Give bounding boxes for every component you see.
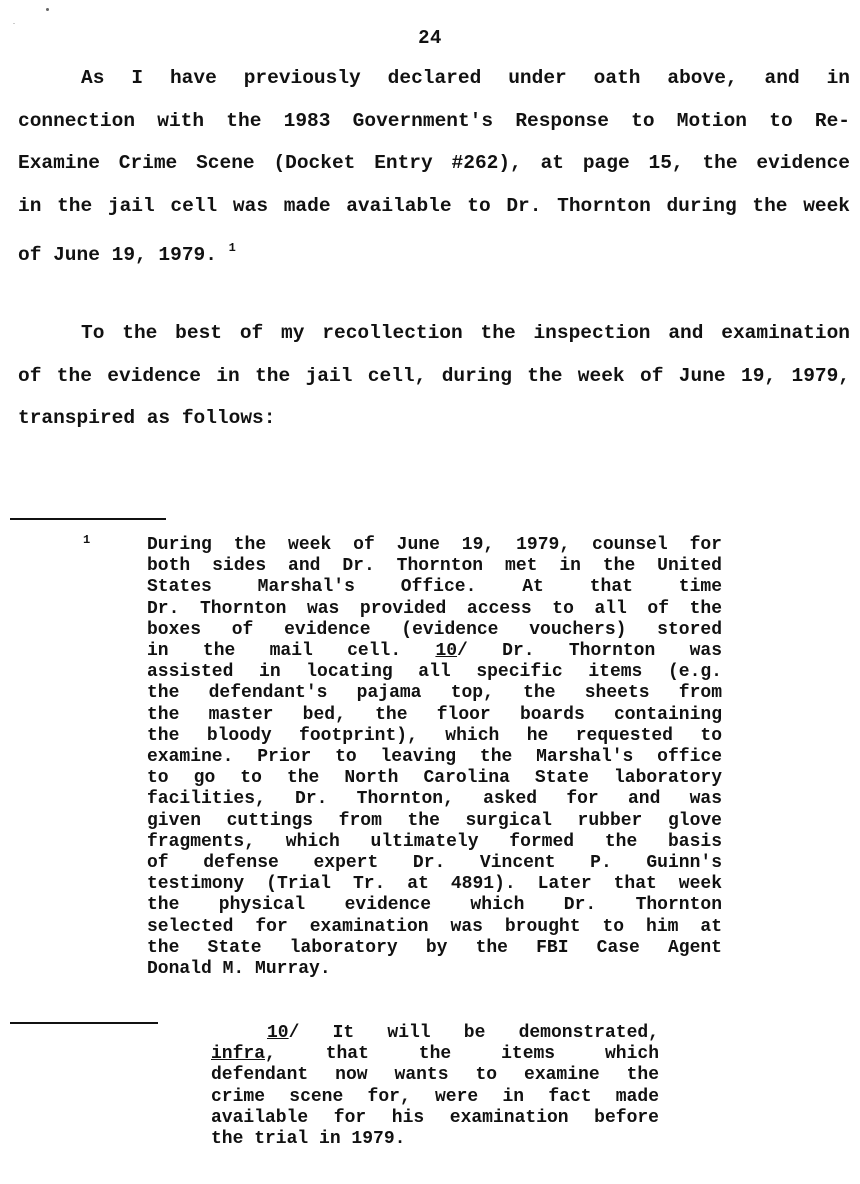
footnote-line: crime scene for, were in fact made <box>211 1087 659 1108</box>
footnote-line: of defense expert Dr. Vincent P. Guinn's <box>147 853 722 874</box>
paragraph-line: connection with the 1983 Government's Re… <box>18 100 850 143</box>
footnote-line: in the mail cell. 10/ Dr. Thornton was <box>147 641 722 662</box>
footnote-10-label: 10 <box>267 1023 289 1043</box>
infra-word: infra <box>211 1044 265 1064</box>
footnote-line: selected for examination was brought to … <box>147 917 722 938</box>
footnote-line: testimony (Trial Tr. at 4891). Later tha… <box>147 874 722 895</box>
footnote-line: the master bed, the floor boards contain… <box>147 705 722 726</box>
paragraph-recollection: To the best of my recollection the inspe… <box>18 312 850 440</box>
footnote-line: the trial in 1979. <box>211 1129 659 1150</box>
paragraph-line: As I have previously declared under oath… <box>18 57 850 100</box>
footnote-line: the State laboratory by the FBI Case Age… <box>147 938 722 959</box>
footnote-line: Dr. Thornton was provided access to all … <box>147 599 722 620</box>
document-page: 24 As I have previously declared under o… <box>0 0 860 1184</box>
footnote-10-reference[interactable]: 10 <box>435 641 457 661</box>
footnote-line: infra, that the items which <box>211 1044 659 1065</box>
paragraph-line: Examine Crime Scene (Docket Entry #262),… <box>18 142 850 185</box>
paragraph-declaration: As I have previously declared under oath… <box>18 57 850 277</box>
paragraph-line: transpired as follows: <box>18 397 850 440</box>
footnote-line: the bloody footprint), which he requeste… <box>147 726 722 747</box>
footnote-line: the physical evidence which Dr. Thornton <box>147 895 722 916</box>
paragraph-line: in the jail cell was made available to D… <box>18 185 850 228</box>
paragraph-line: of the evidence in the jail cell, during… <box>18 355 850 398</box>
footnote-line: States Marshal's Office. At that time <box>147 577 722 598</box>
footnote-line: assisted in locating all specific items … <box>147 662 722 683</box>
footnote-line: the defendant's pajama top, the sheets f… <box>147 683 722 704</box>
footnote-line: given cuttings from the surgical rubber … <box>147 811 722 832</box>
footnote-line: defendant now wants to examine the <box>211 1065 659 1086</box>
footnote-line: boxes of evidence (evidence vouchers) st… <box>147 620 722 641</box>
footnote-separator <box>10 1022 158 1024</box>
footnote-marker: 1 <box>83 533 90 547</box>
footnote-reference[interactable]: 1 <box>229 241 236 255</box>
paragraph-line: To the best of my recollection the inspe… <box>18 312 850 355</box>
footnote-separator <box>10 518 166 520</box>
scan-speck <box>46 8 49 11</box>
footnote-line: facilities, Dr. Thornton, asked for and … <box>147 789 722 810</box>
footnote-line: During the week of June 19, 1979, counse… <box>147 535 722 556</box>
footnote-line: examine. Prior to leaving the Marshal's … <box>147 747 722 768</box>
footnote-line: Donald M. Murray. <box>147 959 722 980</box>
footnote-line: both sides and Dr. Thornton met in the U… <box>147 556 722 577</box>
footnote-line: 10/ It will be demonstrated, <box>211 1023 659 1044</box>
footnote-1: During the week of June 19, 1979, counse… <box>147 535 722 980</box>
scan-speck <box>13 23 15 24</box>
footnote-line: to go to the North Carolina State labora… <box>147 768 722 789</box>
footnote-10: 10/ It will be demonstrated, infra, that… <box>211 1023 659 1150</box>
footnote-line: available for his examination before <box>211 1108 659 1129</box>
paragraph-line: of June 19, 1979. 1 <box>18 227 850 277</box>
footnote-line: fragments, which ultimately formed the b… <box>147 832 722 853</box>
page-number: 24 <box>0 27 860 49</box>
